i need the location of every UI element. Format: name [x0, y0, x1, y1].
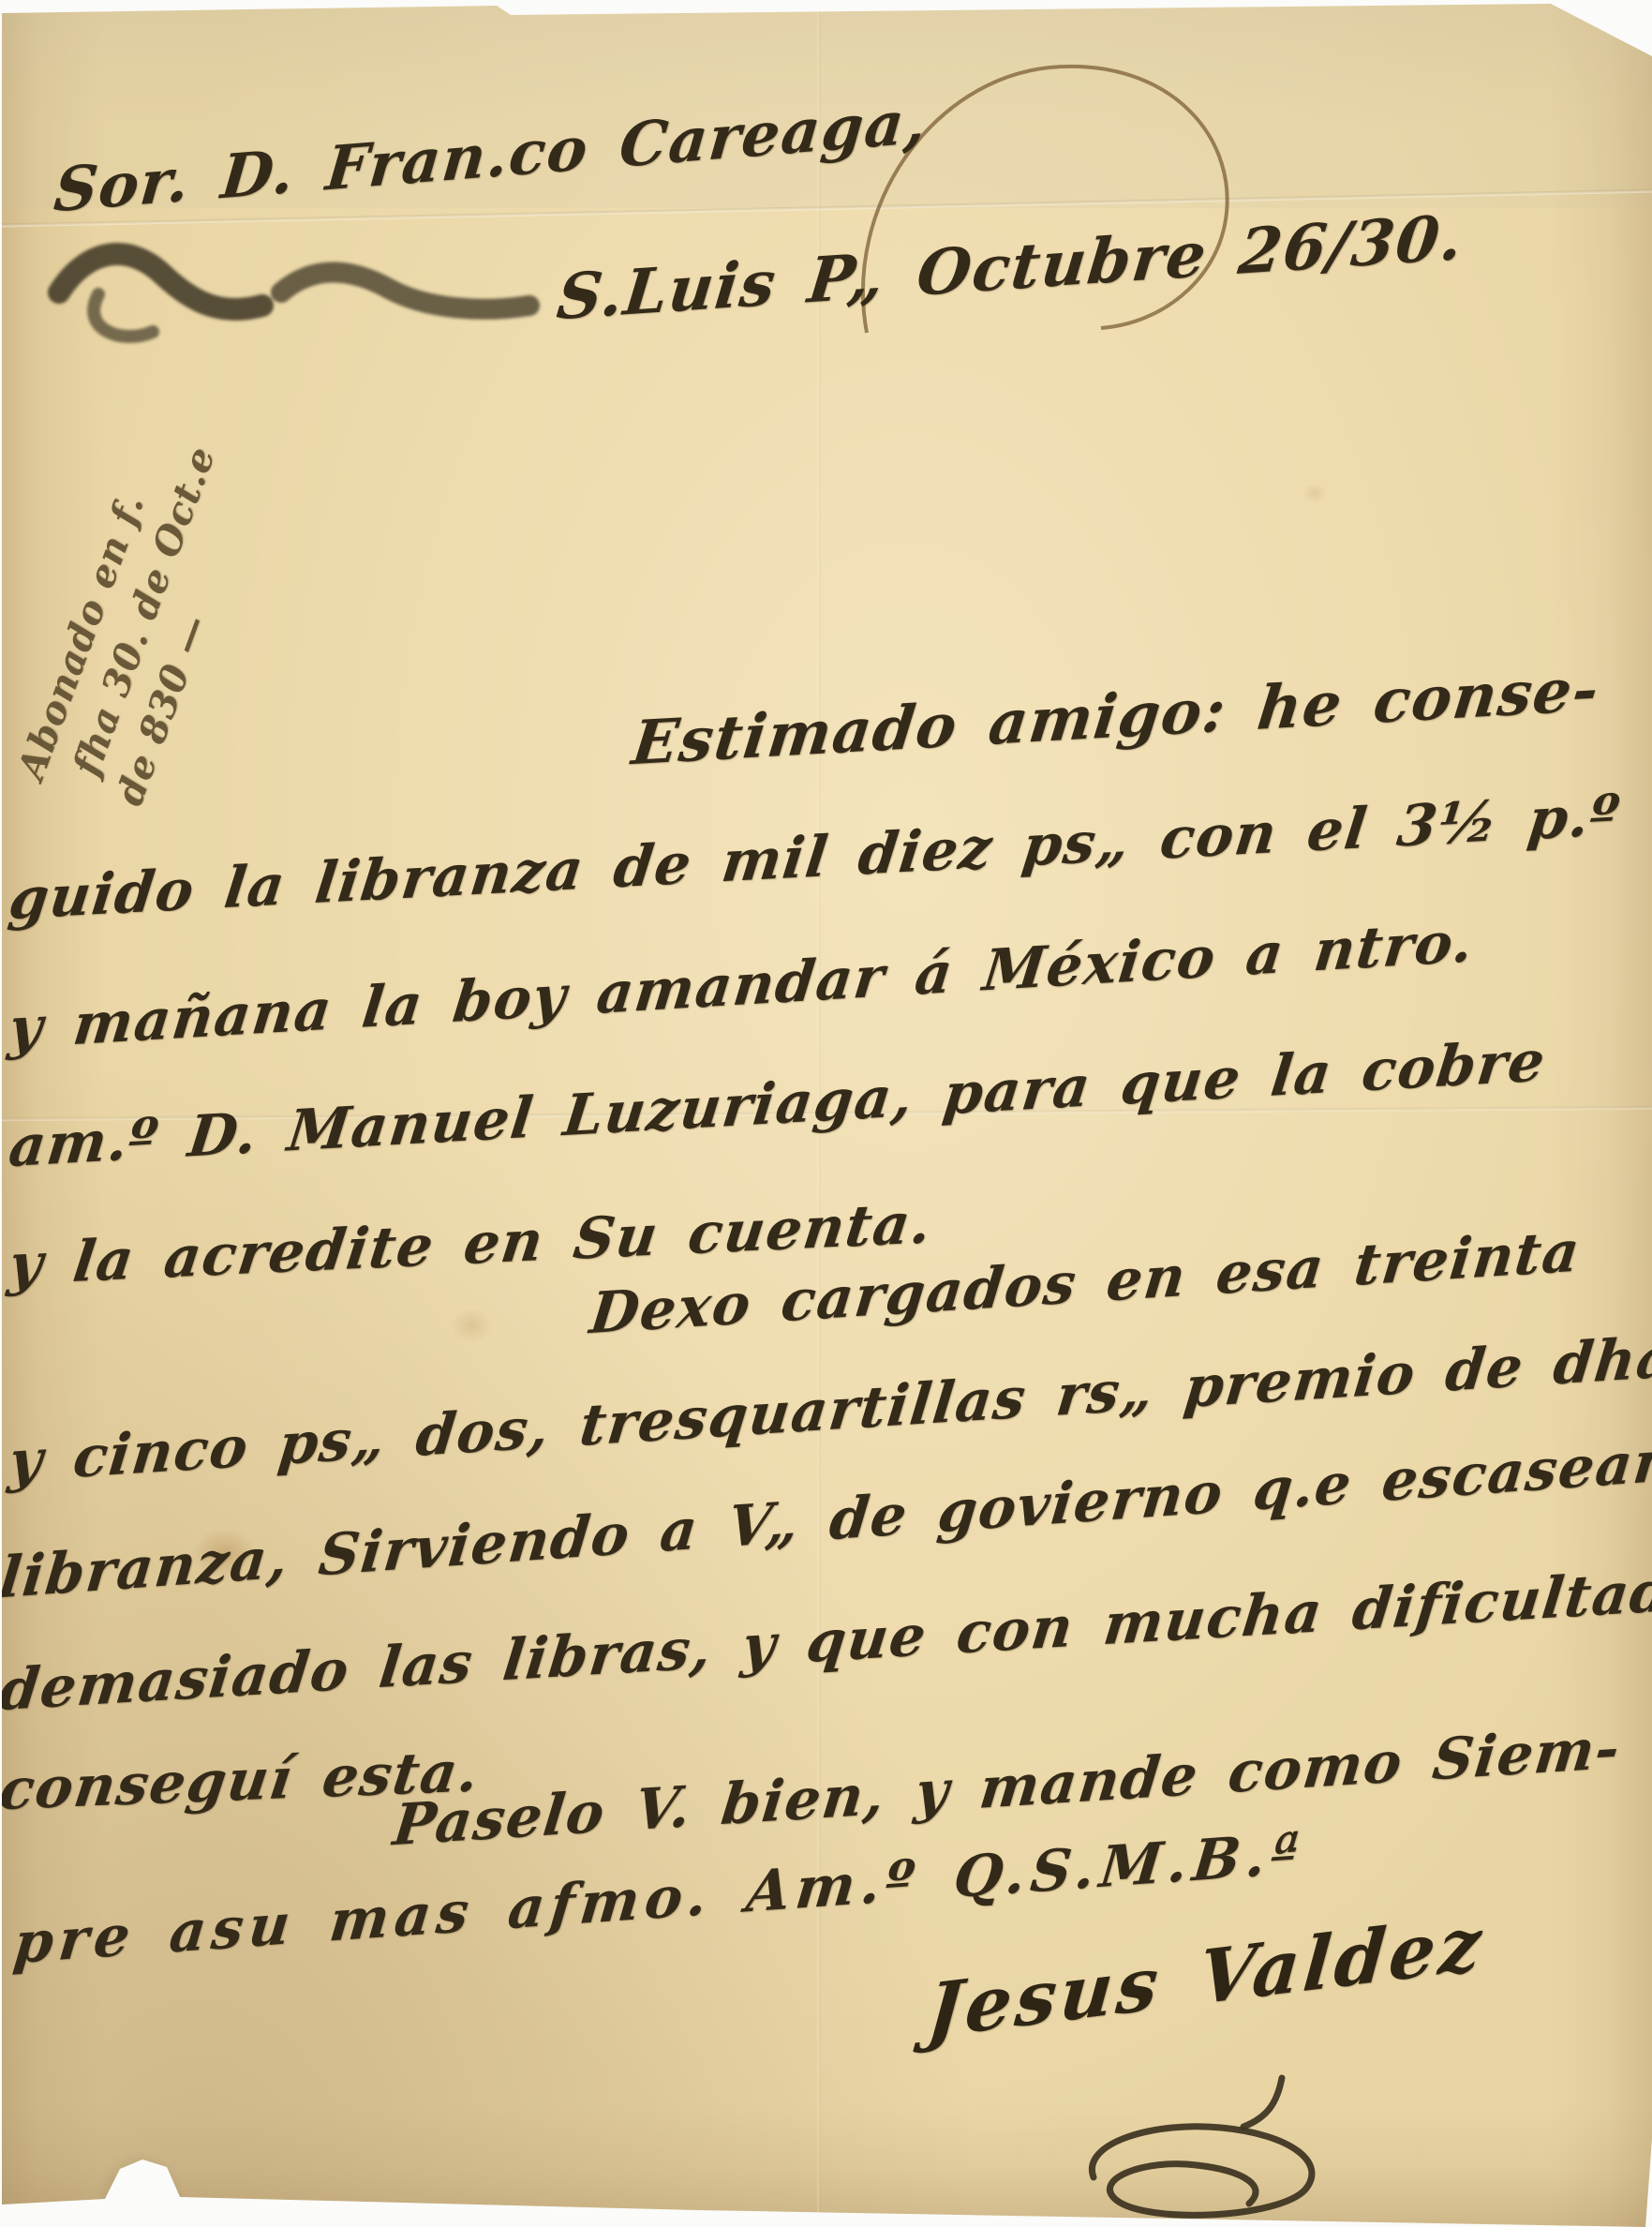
body-line-11: Paselo V. bien, y mande como Siem-: [391, 1720, 1624, 1854]
torn-notch-shadow: [94, 2150, 187, 2205]
body-line-4: am.º D. Manuel Luzuriaga, para que la co…: [6, 1033, 1548, 1175]
stain: [1302, 483, 1327, 503]
body-line-3: y mañana la boy amandar á México a ntro.: [6, 914, 1477, 1057]
body-line-2: guido la libranza de mil diez ps„ con el…: [6, 787, 1623, 929]
scanned-letter: Sor. D. Fran.co Careaga, S.Luis P„ Octub…: [0, 0, 1652, 2227]
stain: [450, 1308, 493, 1343]
body-line-salutation: Estimado amigo: he conse-: [629, 660, 1602, 774]
letter-paper: Sor. D. Fran.co Careaga, S.Luis P„ Octub…: [0, 0, 1652, 2227]
signature-rubric: [1054, 2076, 1382, 2226]
docket-note: Abonado en f. fha 30. de Oct.e de 830 —: [7, 347, 303, 821]
signature-name: Jesus Valdez: [925, 1906, 1488, 2049]
ink-smudge: [42, 225, 548, 356]
